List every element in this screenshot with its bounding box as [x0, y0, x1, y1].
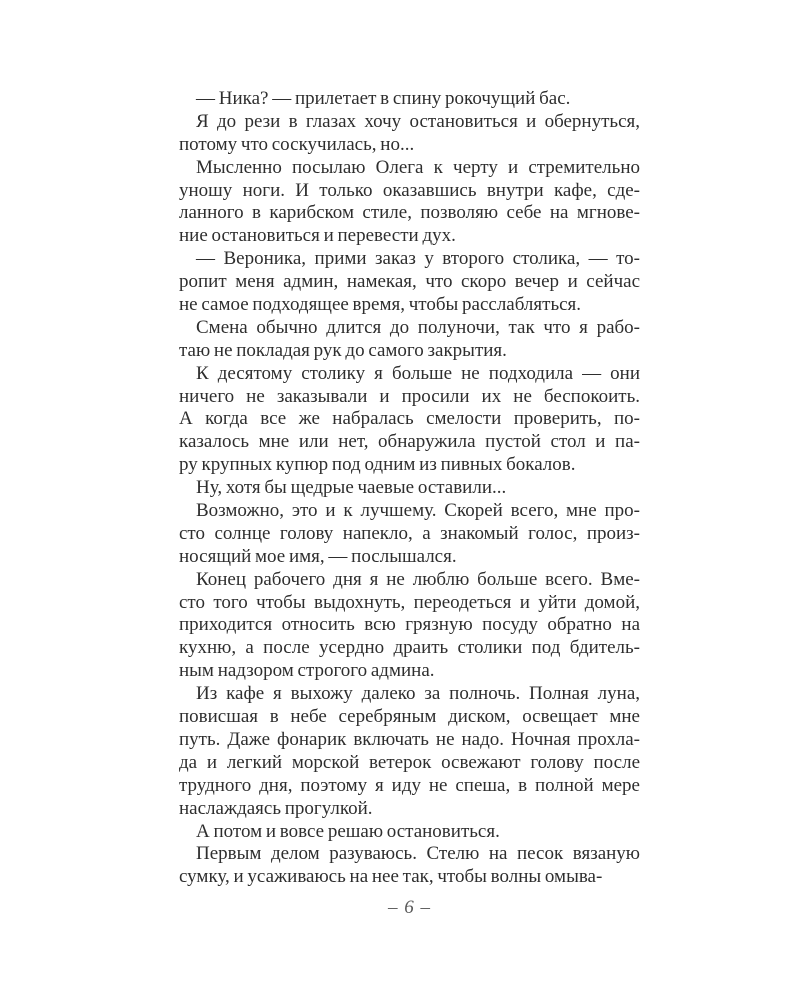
text-line: ру крупных купюр под одним из пивных бок… — [179, 454, 640, 477]
text-line: Я до рези в глазах хочу остановиться и о… — [179, 111, 640, 134]
text-line: уношу ноги. И только оказавшись внутри к… — [179, 180, 640, 203]
text-line: да и легкий морской ветерок освежают гол… — [179, 752, 640, 775]
text-line: наслаждаясь прогулкой. — [179, 798, 640, 821]
text-line: путь. Даже фонарик включать не надо. Ноч… — [179, 729, 640, 752]
text-line: носящий мое имя, — послышался. — [179, 546, 640, 569]
text-line: потому что соскучилась, но... — [179, 134, 640, 157]
text-line: Смена обычно длится до полуночи, так что… — [179, 317, 640, 340]
page-number: – 6 – — [179, 897, 640, 919]
text-line: Из кафе я выхожу далеко за полночь. Полн… — [179, 683, 640, 706]
book-page: — Ника? — прилетает в спину рокочущий ба… — [0, 0, 800, 1000]
text-line: Первым делом разуваюсь. Стелю на песок в… — [179, 843, 640, 866]
text-line: казалось мне или нет, обнаружила пустой … — [179, 431, 640, 454]
text-line: ропит меня админ, намекая, что скоро веч… — [179, 271, 640, 294]
text-line: таю не покладая рук до самого закрытия. — [179, 340, 640, 363]
text-line: сумку, и усаживаюсь на нее так, чтобы во… — [179, 866, 640, 889]
text-line: Мысленно посылаю Олега к черту и стремит… — [179, 157, 640, 180]
text-line: сто солнце голову напекло, а знакомый го… — [179, 523, 640, 546]
text-line: — Ника? — прилетает в спину рокочущий ба… — [179, 88, 640, 111]
text-line: повисшая в небе серебряным диском, освещ… — [179, 706, 640, 729]
text-line: ние остановиться и перевести дух. — [179, 225, 640, 248]
text-line: К десятому столику я больше не подходила… — [179, 363, 640, 386]
text-line: — Вероника, прими заказ у второго столик… — [179, 248, 640, 271]
text-line: не самое подходящее время, чтобы расслаб… — [179, 294, 640, 317]
text-line: Ну, хотя бы щедрые чаевые оставили... — [179, 477, 640, 500]
text-line: А когда все же набралась смелости провер… — [179, 408, 640, 431]
text-line: ланного в карибском стиле, позволяю себе… — [179, 202, 640, 225]
text-line: сто того чтобы выдохнуть, переодеться и … — [179, 592, 640, 615]
text-line: ничего не заказывали и просили их не бес… — [179, 386, 640, 409]
text-line: Возможно, это и к лучшему. Скорей всего,… — [179, 500, 640, 523]
text-line: трудного дня, поэтому я иду не спеша, в … — [179, 775, 640, 798]
text-line: А потом и вовсе решаю остановиться. — [179, 821, 640, 844]
text-line: ным надзором строгого админа. — [179, 660, 640, 683]
text-line: кухню, а после усердно драить столики по… — [179, 637, 640, 660]
text-line: приходится относить всю грязную посуду о… — [179, 614, 640, 637]
text-line: Конец рабочего дня я не люблю больше все… — [179, 569, 640, 592]
page-text: — Ника? — прилетает в спину рокочущий ба… — [179, 88, 640, 889]
